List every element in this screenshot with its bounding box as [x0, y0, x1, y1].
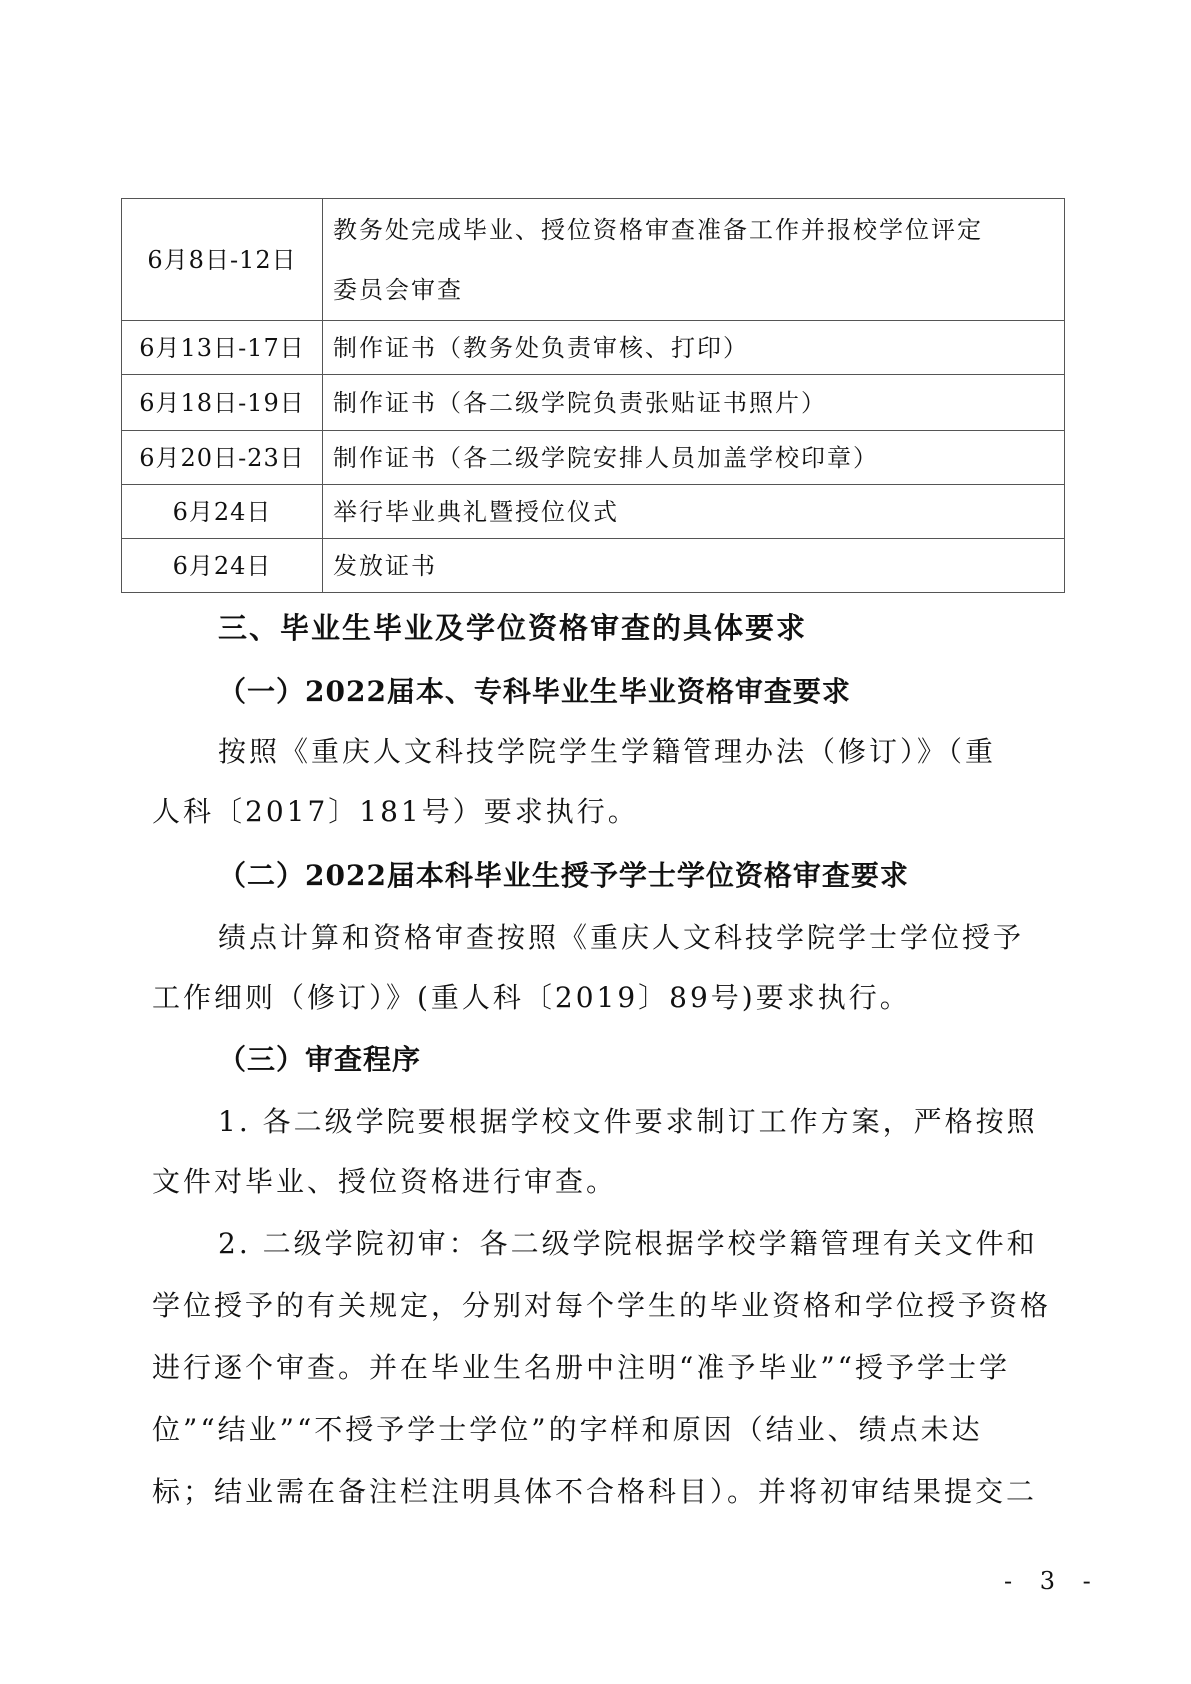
paragraph-line: 学位授予的有关规定，分别对每个学生的毕业资格和学位授予资格 — [152, 1286, 1051, 1326]
paragraph-line: 1. 各二级学院要根据学校文件要求制订工作方案，严格按照 — [218, 1102, 1038, 1142]
paragraph-line: 按照《重庆人文科技学院学生学籍管理办法（修订）》（重 — [218, 732, 996, 772]
task-cell: 制作证书（教务处负责审核、打印） — [323, 321, 1065, 375]
table-row: 6月8日-12日 教务处完成毕业、授位资格审查准备工作并报校学位评定 委员会审查 — [122, 199, 1065, 321]
task-cell: 发放证书 — [323, 539, 1065, 593]
subsection-heading-1: （一）2022届本、专科毕业生毕业资格审查要求 — [218, 672, 851, 712]
schedule-table: 6月8日-12日 教务处完成毕业、授位资格审查准备工作并报校学位评定 委员会审查… — [121, 198, 1065, 593]
paragraph-line: 工作细则（修订）》(重人科〔2019〕89号)要求执行。 — [152, 978, 911, 1018]
paragraph-line: 位”“结业”“不授予学士学位”的字样和原因（结业、绩点未达 — [152, 1410, 983, 1450]
page-number: - 3 - — [1004, 1567, 1101, 1595]
date-cell: 6月24日 — [122, 485, 323, 539]
table-row: 6月24日 发放证书 — [122, 539, 1065, 593]
date-cell: 6月20日-23日 — [122, 431, 323, 485]
table-row: 6月13日-17日 制作证书（教务处负责审核、打印） — [122, 321, 1065, 375]
paragraph-line: 进行逐个审查。并在毕业生名册中注明“准予毕业”“授予学士学 — [152, 1348, 1010, 1388]
table-row: 6月18日-19日 制作证书（各二级学院负责张贴证书照片） — [122, 375, 1065, 431]
document-page: 6月8日-12日 教务处完成毕业、授位资格审查准备工作并报校学位评定 委员会审查… — [0, 0, 1191, 1684]
date-cell: 6月13日-17日 — [122, 321, 323, 375]
task-cell: 制作证书（各二级学院负责张贴证书照片） — [323, 375, 1065, 431]
paragraph-line: 绩点计算和资格审查按照《重庆人文科技学院学士学位授予 — [218, 918, 1024, 958]
task-cell: 制作证书（各二级学院安排人员加盖学校印章） — [323, 431, 1065, 485]
table-row: 6月24日 举行毕业典礼暨授位仪式 — [122, 485, 1065, 539]
subsection-heading-2: （二）2022届本科毕业生授予学士学位资格审查要求 — [218, 856, 909, 896]
task-cell: 举行毕业典礼暨授位仪式 — [323, 485, 1065, 539]
date-cell: 6月18日-19日 — [122, 375, 323, 431]
paragraph-line: 标；结业需在备注栏注明具体不合格科目）。并将初审结果提交二 — [152, 1472, 1037, 1512]
task-cell: 教务处完成毕业、授位资格审查准备工作并报校学位评定 委员会审查 — [323, 199, 1065, 321]
task-line: 委员会审查 — [333, 260, 1054, 320]
paragraph-line: 2. 二级学院初审：各二级学院根据学校学籍管理有关文件和 — [218, 1224, 1038, 1264]
date-cell: 6月24日 — [122, 539, 323, 593]
paragraph-line: 人科〔2017〕181号）要求执行。 — [152, 792, 639, 832]
subsection-heading-3: （三）审查程序 — [218, 1040, 421, 1080]
task-line: 教务处完成毕业、授位资格审查准备工作并报校学位评定 — [333, 200, 1054, 260]
table-row: 6月20日-23日 制作证书（各二级学院安排人员加盖学校印章） — [122, 431, 1065, 485]
section-heading: 三、毕业生毕业及学位资格审查的具体要求 — [218, 608, 807, 648]
date-cell: 6月8日-12日 — [122, 199, 323, 321]
paragraph-line: 文件对毕业、授位资格进行审查。 — [152, 1162, 617, 1202]
